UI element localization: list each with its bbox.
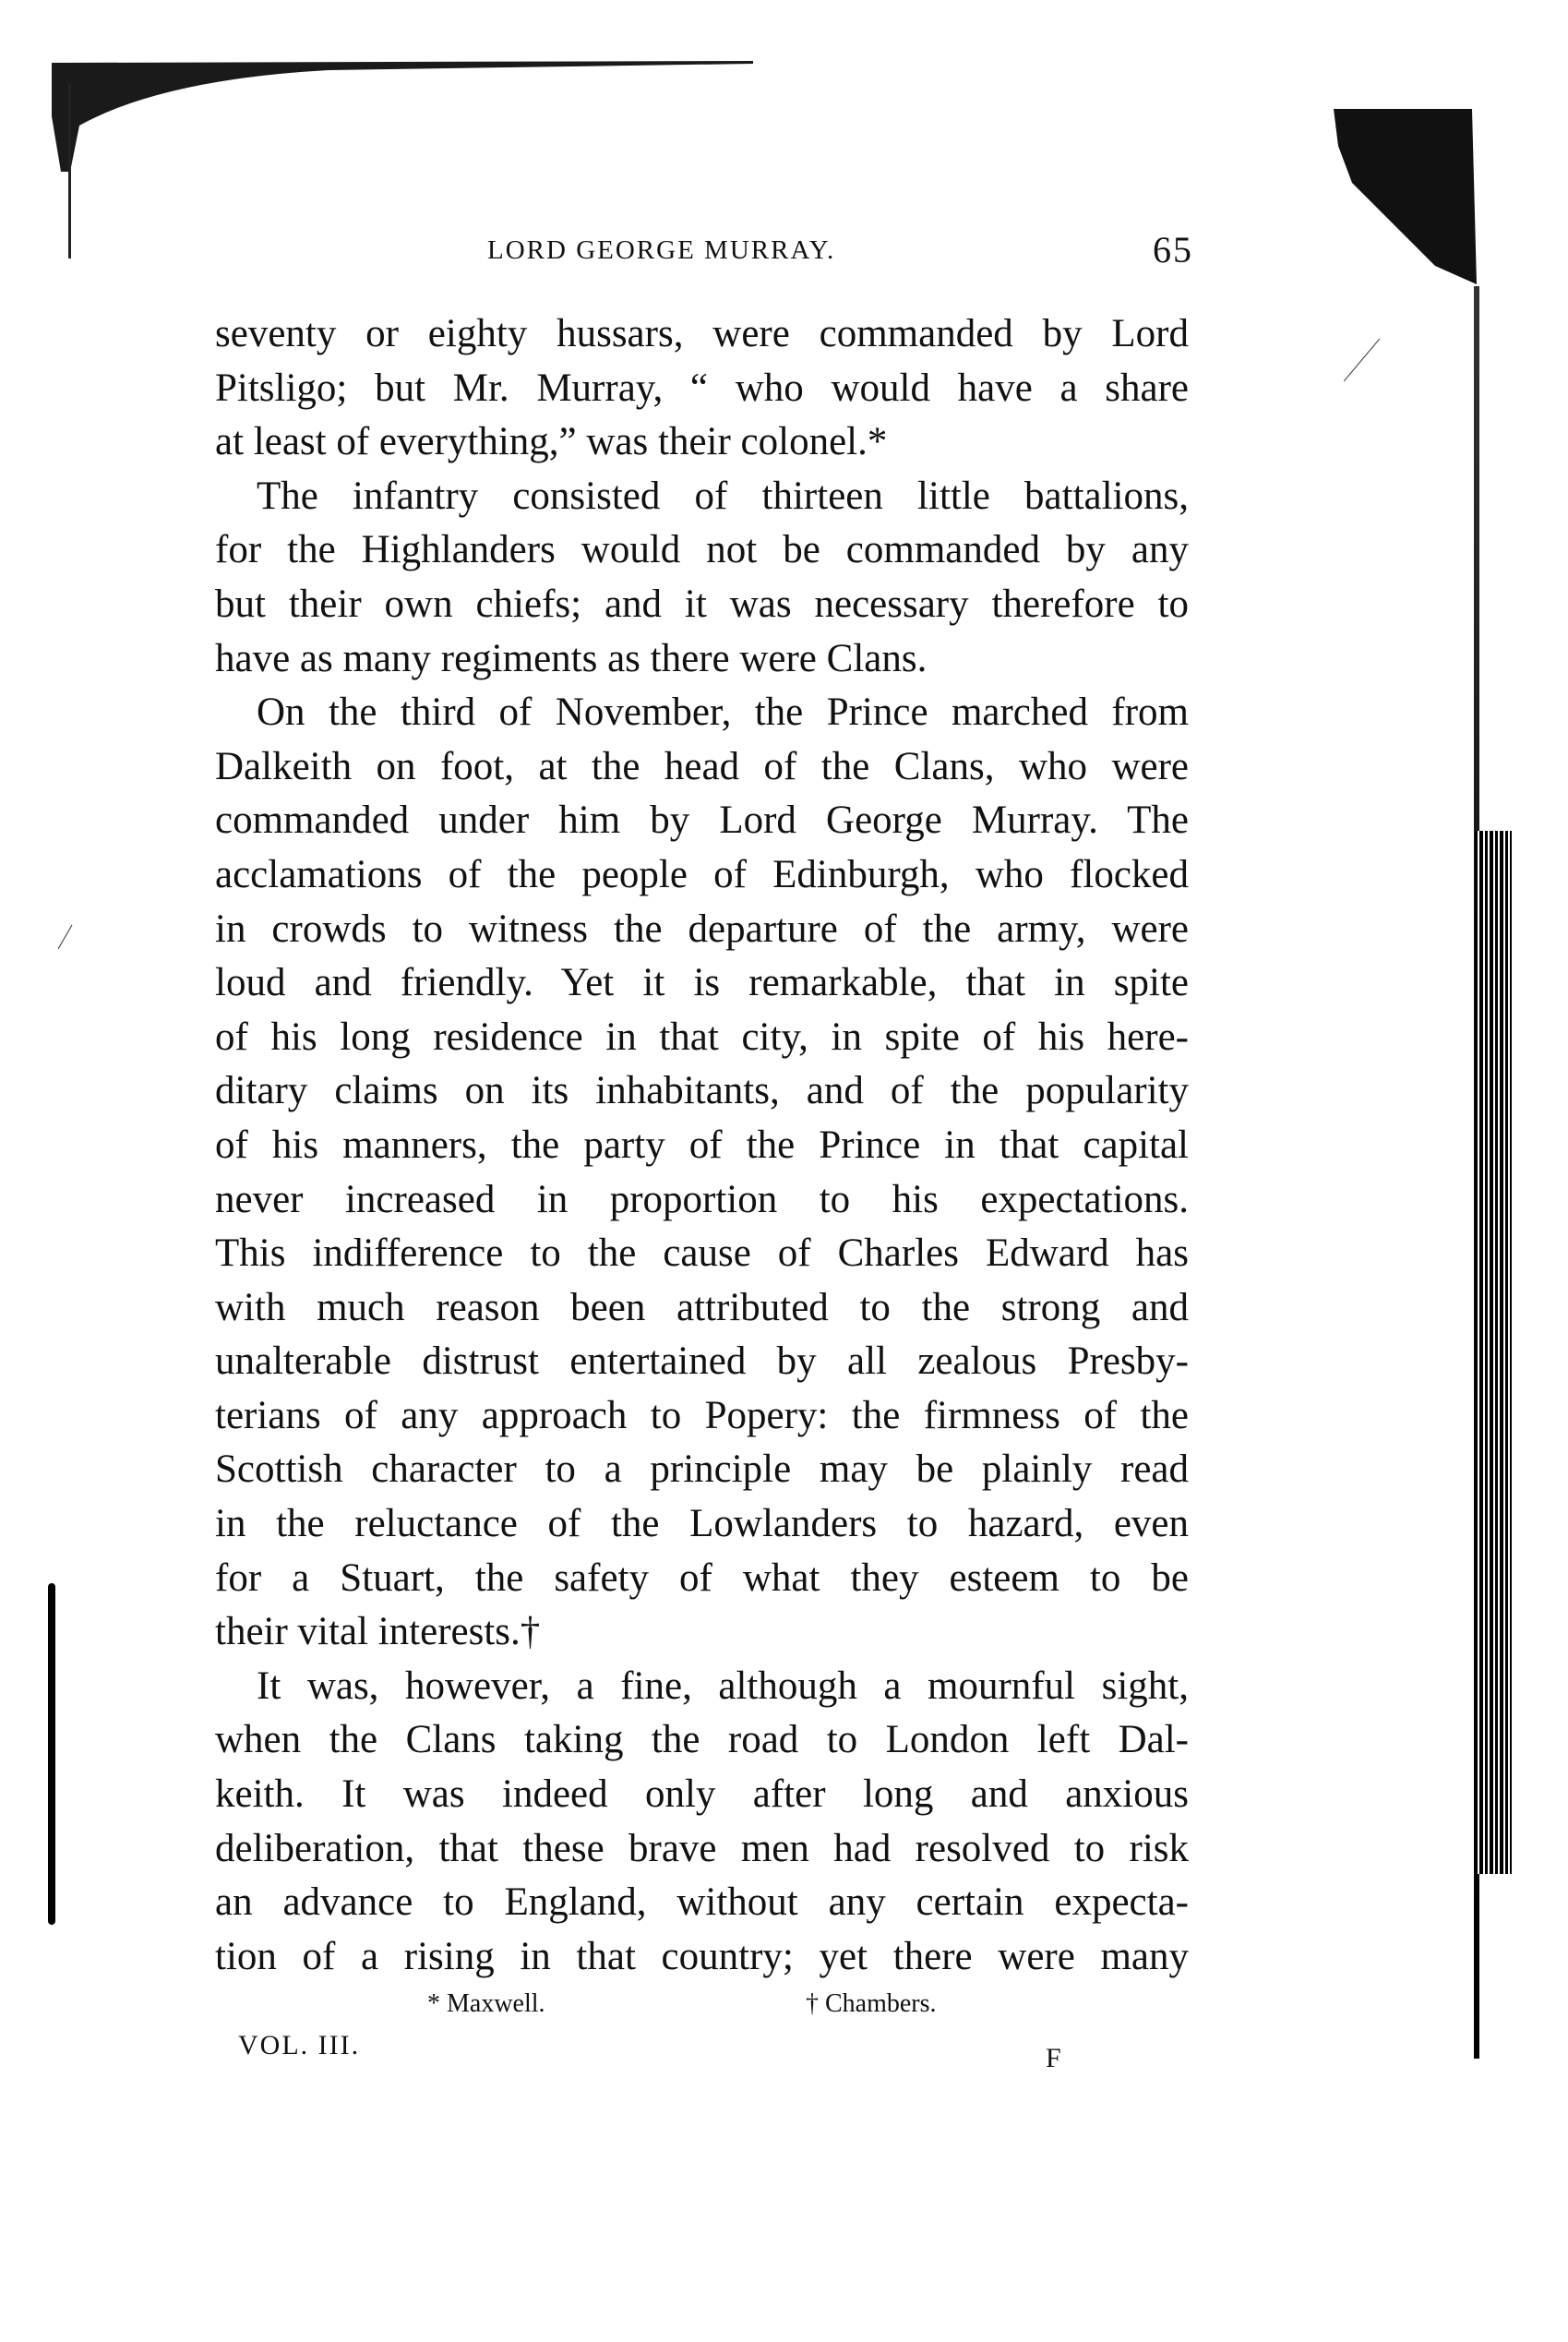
- text-line: of his manners, the party of the Prince …: [215, 1119, 1189, 1173]
- scan-shadow-top-left: [52, 61, 808, 172]
- scan-left-edge-bottom: [48, 1583, 55, 1925]
- text-line: commanded under him by Lord George Murra…: [215, 794, 1189, 848]
- text-line: This indifference to the cause of Charle…: [215, 1227, 1189, 1281]
- text-line: unalterable distrust entertained by all …: [215, 1335, 1189, 1389]
- scan-left-edge-line: [68, 83, 71, 258]
- scan-mark: [58, 925, 73, 949]
- text-line: when the Clans taking the road to London…: [215, 1713, 1189, 1768]
- text-line: with much reason been attributed to the …: [215, 1281, 1189, 1336]
- text-line: Dalkeith on foot, at the head of the Cla…: [215, 740, 1189, 795]
- text-line: terians of any approach to Popery: the f…: [215, 1389, 1189, 1444]
- text-line: Scottish character to a principle may be…: [215, 1443, 1189, 1497]
- text-line: for a Stuart, the safety of what they es…: [215, 1552, 1189, 1606]
- text-line: The infantry consisted of thirteen littl…: [215, 470, 1189, 524]
- text-line: for the Highlanders would not be command…: [215, 523, 1189, 578]
- text-line: of his long residence in that city, in s…: [215, 1011, 1189, 1065]
- scan-right-edge-bars: [1475, 831, 1512, 1874]
- text-line: but their own chiefs; and it was necessa…: [215, 578, 1189, 632]
- text-line: It was, however, a fine, although a mour…: [215, 1660, 1189, 1714]
- text-line: an advance to England, without any certa…: [215, 1876, 1189, 1930]
- text-line: tion of a rising in that country; yet th…: [215, 1930, 1189, 1985]
- text-line: never increased in proportion to his exp…: [215, 1173, 1189, 1228]
- scan-mark: [1344, 339, 1380, 382]
- text-line: ditary claims on its inhabitants, and of…: [215, 1064, 1189, 1119]
- text-line: in crowds to witness the departure of th…: [215, 903, 1189, 957]
- signature-line: VOL. III. F: [215, 2026, 1193, 2072]
- book-page: LORD GEORGE MURRAY. 65 seventy or eighty…: [215, 226, 1193, 1984]
- footnotes: * Maxwell. † Chambers.: [215, 1989, 1193, 2026]
- scan-shadow-top-right: [1334, 109, 1481, 284]
- text-line: at least of everything,” was their colon…: [215, 415, 1189, 470]
- text-line: acclamations of the people of Edinburgh,…: [215, 848, 1189, 903]
- volume-label: VOL. III.: [238, 2030, 360, 2061]
- page-number: 65: [1153, 228, 1193, 271]
- text-line: deliberation, that these brave men had r…: [215, 1822, 1189, 1877]
- text-line: seventy or eighty hussars, were commande…: [215, 307, 1189, 362]
- text-line: keith. It was indeed only after long and…: [215, 1768, 1189, 1822]
- text-line: have as many regiments as there were Cla…: [215, 632, 1189, 687]
- running-head: LORD GEORGE MURRAY. 65: [215, 226, 1193, 282]
- text-line: in the reluctance of the Lowlanders to h…: [215, 1497, 1189, 1552]
- text-line: their vital interests.†: [215, 1605, 1189, 1660]
- body-text: seventy or eighty hussars, were commande…: [215, 307, 1193, 1984]
- signature-mark: F: [1046, 2043, 1061, 2074]
- text-line: Pitsligo; but Mr. Murray, “ who would ha…: [215, 362, 1189, 416]
- footnote-chambers: † Chambers.: [806, 1989, 937, 2019]
- footnote-maxwell: * Maxwell.: [427, 1989, 545, 2019]
- running-head-title: LORD GEORGE MURRAY.: [487, 235, 835, 266]
- text-line: loud and friendly. Yet it is remarkable,…: [215, 956, 1189, 1011]
- text-line: On the third of November, the Prince mar…: [215, 686, 1189, 740]
